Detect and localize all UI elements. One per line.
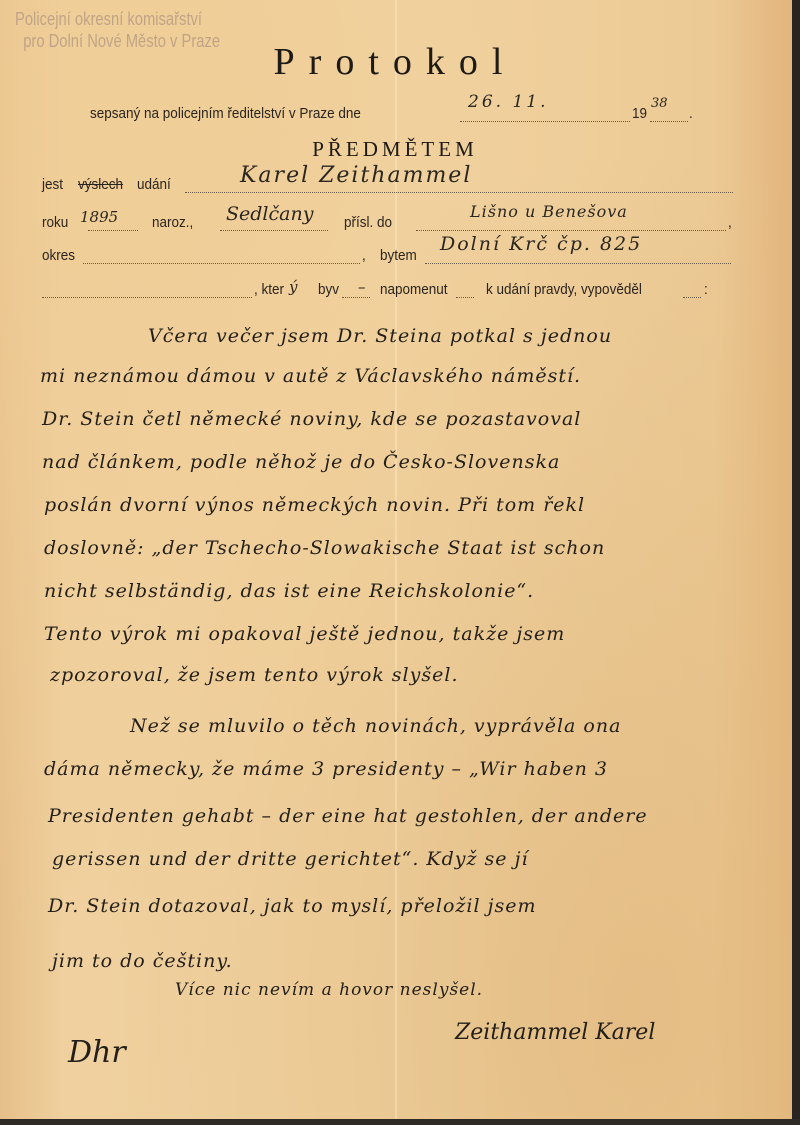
bytem-label: bytem <box>380 247 417 264</box>
statement-line: nad článkem, podle něhož je do Česko-Slo… <box>42 451 560 473</box>
statement-line: Dr. Stein dotazoval, jak to myslí, přelo… <box>48 895 537 917</box>
address-field[interactable]: Dolní Krč čp. 825 <box>440 233 642 255</box>
okres-label: okres <box>42 247 75 264</box>
year-field[interactable]: 38 <box>651 96 668 111</box>
name-field[interactable]: Karel Zeithammel <box>240 163 472 188</box>
statement-line: mi neznámou dámou v autě z Václavského n… <box>40 365 581 387</box>
scan-edge-right <box>792 0 800 1125</box>
officer-initials-signature: Dhr <box>68 1035 126 1070</box>
vyslech-struck-label: výslech <box>78 176 123 193</box>
address-field-line <box>425 263 731 264</box>
birthplace-field[interactable]: Sedlčany <box>226 203 313 225</box>
year-field-line <box>650 121 688 122</box>
stamp-line-1: Policejní okresní komisařství <box>15 8 220 30</box>
birthplace-line <box>220 230 328 231</box>
date-field[interactable]: 26. 11. <box>468 92 548 112</box>
year-prefix: 19 <box>632 105 647 122</box>
statement-line: Více nic nevím a hovor neslyšel. <box>175 980 483 1000</box>
statement-line: Tento výrok mi opakoval ještě jednou, ta… <box>44 623 565 645</box>
domicile-line <box>416 230 726 231</box>
statement-line: dáma německy, že máme 3 presidenty – „Wi… <box>44 758 608 780</box>
statement-line: doslovně: „der Tschecho-Slowakische Staa… <box>44 537 605 559</box>
roku-label: roku <box>42 214 68 231</box>
comma: , <box>362 247 366 264</box>
statement-line: Dr. Stein četl německé noviny, kde se po… <box>42 408 581 430</box>
name-field-line <box>185 192 733 193</box>
statement-line: Presidenten gehabt – der eine hat gestoh… <box>48 805 648 827</box>
byv-field-line <box>342 297 370 298</box>
udani-label: udání <box>137 176 171 193</box>
birth-year-field[interactable]: 1895 <box>80 208 118 226</box>
sepsany-label: sepsaný na policejním ředitelství v Praz… <box>90 105 361 122</box>
vypovedel-field-line <box>683 297 701 298</box>
napomenut-field-line <box>456 297 474 298</box>
napomenut-label: napomenut <box>380 281 448 298</box>
page-title: Protokol <box>0 40 790 84</box>
byv-label: byv <box>318 281 339 298</box>
statement-line: Včera večer jsem Dr. Steina potkal s jed… <box>148 325 612 347</box>
date-field-line <box>460 121 630 122</box>
ktery-field[interactable]: ý <box>289 278 297 296</box>
period: . <box>689 105 693 122</box>
statement-line: nicht selbständig, das ist eine Reichsko… <box>44 580 534 602</box>
statement-line: zpozoroval, že jsem tento výrok slyšel. <box>50 664 458 686</box>
witness-signature: Zeithammel Karel <box>455 1020 655 1045</box>
ktery-label: , kter <box>254 281 284 298</box>
comma: , <box>728 214 732 231</box>
birth-year-line <box>88 230 138 231</box>
naroz-label: naroz., <box>152 214 193 231</box>
blank-field-line <box>42 297 252 298</box>
okres-field-line <box>83 263 360 264</box>
jest-label: jest <box>42 176 63 193</box>
domicile-field[interactable]: Lišno u Benešova <box>470 202 628 221</box>
colon: : <box>704 281 708 298</box>
statement-line: poslán dvorní výnos německých novin. Při… <box>44 494 585 516</box>
section-subtitle: PŘEDMĚTEM <box>0 137 790 162</box>
statement-line: Než se mluvilo o těch novinách, vyprávěl… <box>130 715 621 737</box>
prisl-label: přísl. do <box>344 214 392 231</box>
scan-edge-bottom <box>0 1119 800 1125</box>
udani-pravdy-label: k udání pravdy, vypověděl <box>486 281 642 298</box>
statement-line: jim to do češtiny. <box>52 950 233 972</box>
statement-line: gerissen und der dritte gerichtet“. Když… <box>52 848 529 870</box>
byv-field[interactable]: – <box>358 278 366 296</box>
